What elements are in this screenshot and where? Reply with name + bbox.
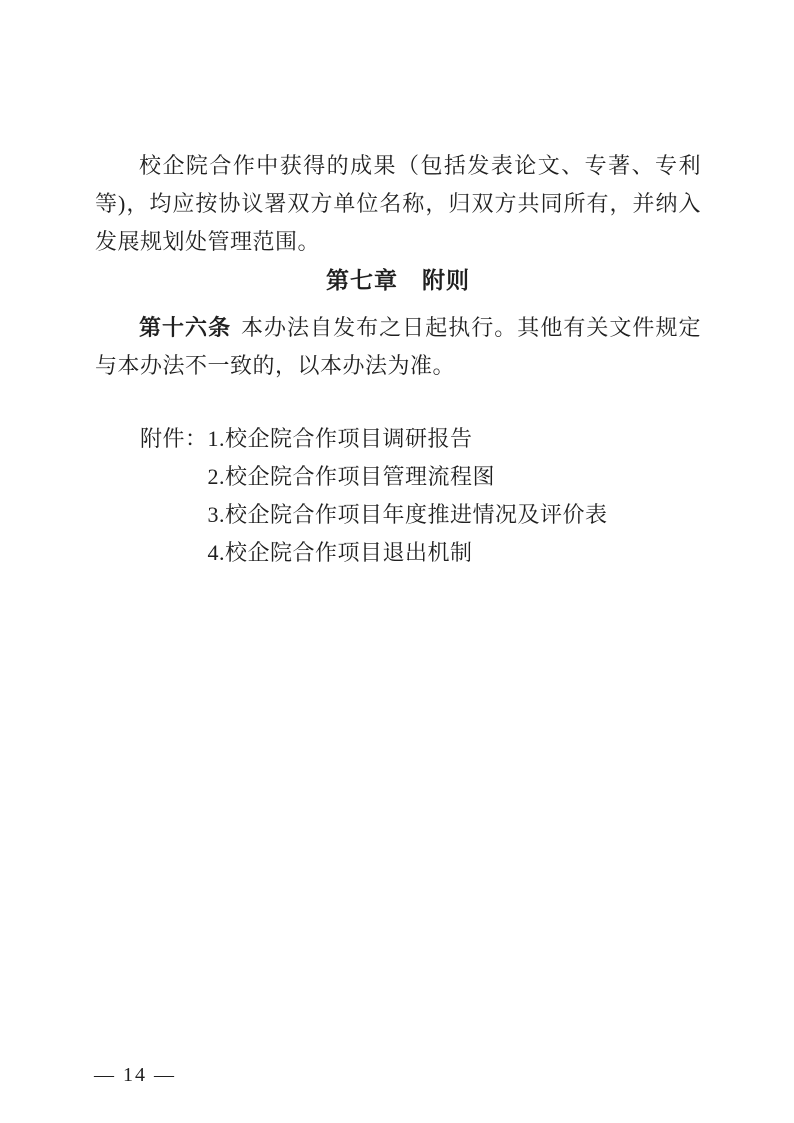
- attachment-item-3: 3.校企院合作项目年度推进情况及评价表: [208, 496, 701, 534]
- article-number: 第十六条: [139, 315, 231, 340]
- chapter-heading: 第七章 附则: [95, 261, 701, 299]
- page-number: — 14 —: [94, 1062, 176, 1088]
- attachment-item-4: 4.校企院合作项目退出机制: [208, 534, 701, 572]
- attachments-list: 1.校企院合作项目调研报告 2.校企院合作项目管理流程图 3.校企院合作项目年度…: [208, 420, 701, 572]
- document-page: 校企院合作中获得的成果（包括发表论文、专著、专利等)，均应按协议署双方单位名称，…: [0, 0, 794, 1123]
- attachments-block: 附件： 1.校企院合作项目调研报告 2.校企院合作项目管理流程图 3.校企院合作…: [140, 420, 701, 572]
- document-content: 校企院合作中获得的成果（包括发表论文、专著、专利等)，均应按协议署双方单位名称，…: [95, 147, 701, 572]
- paragraph-article-16: 第十六条本办法自发布之日起执行。其他有关文件规定与本办法不一致的，以本办法为准。: [95, 309, 701, 385]
- attachment-item-1: 1.校企院合作项目调研报告: [208, 420, 701, 458]
- attachment-item-2: 2.校企院合作项目管理流程图: [208, 458, 701, 496]
- attachments-label: 附件：: [140, 420, 208, 458]
- paragraph-results-clause: 校企院合作中获得的成果（包括发表论文、专著、专利等)，均应按协议署双方单位名称，…: [95, 147, 701, 261]
